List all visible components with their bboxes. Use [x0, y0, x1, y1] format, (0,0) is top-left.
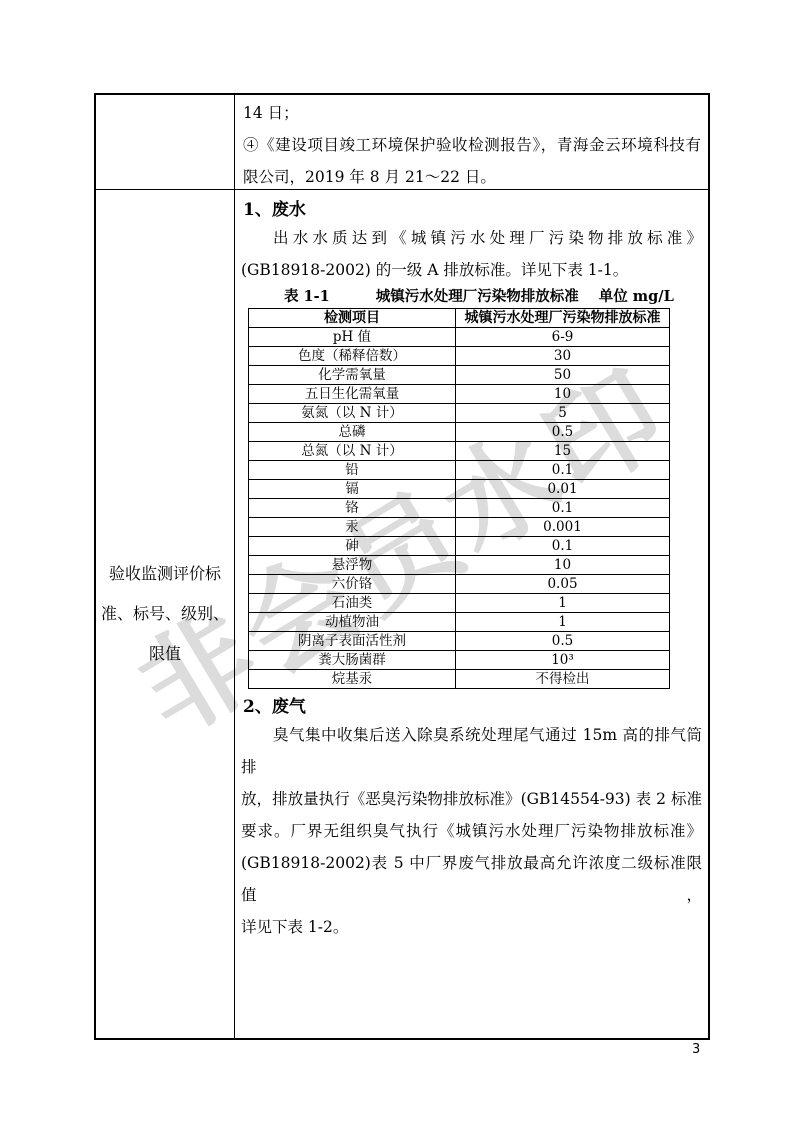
- table-row: 石油类1: [249, 594, 670, 613]
- table-cell: 阴离子表面活性剂: [249, 632, 456, 651]
- table-cell: 1: [456, 594, 670, 613]
- table-cell: 氨氮（以 N 计）: [249, 404, 456, 423]
- table-cell: 15: [456, 442, 670, 461]
- table-cell: 五日生化需氧量: [249, 385, 456, 404]
- section-wastewater-heading: 1、废水: [243, 198, 702, 222]
- report-list-label-cell-empty: [96, 95, 235, 189]
- table-row: 化学需氧量50: [249, 366, 670, 385]
- table-cell: 总氮（以 N 计）: [249, 442, 456, 461]
- table-row: 铅0.1: [249, 461, 670, 480]
- table-cell: 0.1: [456, 499, 670, 518]
- table-cell: 0.1: [456, 537, 670, 556]
- pollutant-standards-table-body: pH 值6-9色度（稀释倍数）30化学需氧量50五日生化需氧量10氨氮（以 N …: [249, 328, 670, 689]
- table-cell: 10: [456, 556, 670, 575]
- table-1-1-caption-unit: 单位 mg/L: [599, 287, 674, 307]
- table-row: 五日生化需氧量10: [249, 385, 670, 404]
- table-row: 动植物油1: [249, 613, 670, 632]
- report-list-line: 限公司，2019 年 8 月 21～22 日。: [243, 161, 701, 193]
- table-row: 烷基汞不得检出: [249, 670, 670, 689]
- standards-row: 验收监测评价标 准、标号、级别、 限值 1、废水 出水水质达到《城镇污水处理厂污…: [96, 190, 708, 1038]
- table-cell: pH 值: [249, 328, 456, 347]
- table-cell: 30: [456, 347, 670, 366]
- report-list-line: 14 日；: [243, 97, 701, 129]
- table-cell: 动植物油: [249, 613, 456, 632]
- table-row: 粪大肠菌群10³: [249, 651, 670, 670]
- table-cell: 化学需氧量: [249, 366, 456, 385]
- table-1-1-caption-title: 城镇污水处理厂污染物排放标准: [376, 287, 579, 307]
- report-list-row: 14 日； ④《建设项目竣工环境保护验收检测报告》，青海金云环境科技有 限公司，…: [96, 95, 708, 190]
- table-row: 氨氮（以 N 计）5: [249, 404, 670, 423]
- table-row: 六价铬0.05: [249, 575, 670, 594]
- table-row: 总氮（以 N 计）15: [249, 442, 670, 461]
- table-header-row: 检测项目 城镇污水处理厂污染物排放标准: [249, 309, 670, 328]
- document-table: 14 日； ④《建设项目竣工环境保护验收检测报告》，青海金云环境科技有 限公司，…: [94, 93, 710, 1040]
- table-1-1-caption-label: 表 1-1: [284, 287, 330, 307]
- table-cell: 0.01: [456, 480, 670, 499]
- table-cell: 0.5: [456, 423, 670, 442]
- table-1-1-caption: 表 1-1 城镇污水处理厂污染物排放标准 单位 mg/L: [241, 287, 702, 307]
- wastewater-paragraph-line: 出水水质达到《城镇污水处理厂污染物排放标准》: [241, 222, 702, 254]
- table-row: 砷0.1: [249, 537, 670, 556]
- table-cell: 6-9: [456, 328, 670, 347]
- table-header-item: 检测项目: [249, 309, 456, 328]
- report-list-line: ④《建设项目竣工环境保护验收检测报告》，青海金云环境科技有: [243, 129, 701, 161]
- table-cell: 不得检出: [456, 670, 670, 689]
- wastegas-paragraph-line: (GB18918-2002)表 5 中厂界废气排放最高允许浓度二级标准限值，: [241, 847, 702, 911]
- table-row: 铬0.1: [249, 499, 670, 518]
- table-cell: 0.5: [456, 632, 670, 651]
- table-row: 总磷0.5: [249, 423, 670, 442]
- wastegas-paragraph-line: 要求。厂界无组织臭气执行《城镇污水处理厂污染物排放标准》: [241, 815, 702, 847]
- table-cell: 0.1: [456, 461, 670, 480]
- table-cell: 铅: [249, 461, 456, 480]
- report-list-content-cell: 14 日； ④《建设项目竣工环境保护验收检测报告》，青海金云环境科技有 限公司，…: [235, 95, 708, 189]
- table-cell: 1: [456, 613, 670, 632]
- table-row: 镉0.01: [249, 480, 670, 499]
- table-cell: 六价铬: [249, 575, 456, 594]
- table-cell: 10: [456, 385, 670, 404]
- criteria-label-line: 限值: [96, 634, 234, 674]
- table-cell: 悬浮物: [249, 556, 456, 575]
- table-cell: 10³: [456, 651, 670, 670]
- pollutant-standards-table: 检测项目 城镇污水处理厂污染物排放标准 pH 值6-9色度（稀释倍数）30化学需…: [248, 308, 670, 689]
- table-row: 阴离子表面活性剂0.5: [249, 632, 670, 651]
- criteria-label-line: 验收监测评价标: [96, 554, 234, 594]
- table-cell: 总磷: [249, 423, 456, 442]
- page-number: 3: [692, 1042, 700, 1057]
- table-cell: 烷基汞: [249, 670, 456, 689]
- table-row: 悬浮物10: [249, 556, 670, 575]
- table-cell: 0.05: [456, 575, 670, 594]
- table-cell: 汞: [249, 518, 456, 537]
- section-wastegas-heading: 2、废气: [243, 695, 702, 719]
- criteria-label-line: 准、标号、级别、: [96, 594, 234, 634]
- table-row: 汞0.001: [249, 518, 670, 537]
- wastegas-paragraph-line: 放，排放量执行《恶臭污染物排放标准》(GB14554-93) 表 2 标准: [241, 783, 702, 815]
- table-cell: 50: [456, 366, 670, 385]
- table-cell: 砷: [249, 537, 456, 556]
- table-cell: 镉: [249, 480, 456, 499]
- wastegas-paragraph-line: 详见下表 1-2。: [241, 911, 702, 943]
- standards-content-cell: 1、废水 出水水质达到《城镇污水处理厂污染物排放标准》 (GB18918-200…: [235, 190, 708, 1038]
- wastegas-paragraph-line: 臭气集中收集后送入除臭系统处理尾气通过 15m 高的排气筒排: [241, 719, 702, 783]
- table-cell: 粪大肠菌群: [249, 651, 456, 670]
- table-cell: 0.001: [456, 518, 670, 537]
- table-cell: 色度（稀释倍数）: [249, 347, 456, 366]
- table-cell: 铬: [249, 499, 456, 518]
- table-cell: 石油类: [249, 594, 456, 613]
- table-row: 色度（稀释倍数）30: [249, 347, 670, 366]
- table-cell: 5: [456, 404, 670, 423]
- criteria-label-cell: 验收监测评价标 准、标号、级别、 限值: [96, 190, 235, 1038]
- table-row: pH 值6-9: [249, 328, 670, 347]
- table-header-standard: 城镇污水处理厂污染物排放标准: [456, 309, 670, 328]
- wastewater-paragraph-line: (GB18918-2002) 的一级 A 排放标准。详见下表 1-1。: [241, 254, 702, 286]
